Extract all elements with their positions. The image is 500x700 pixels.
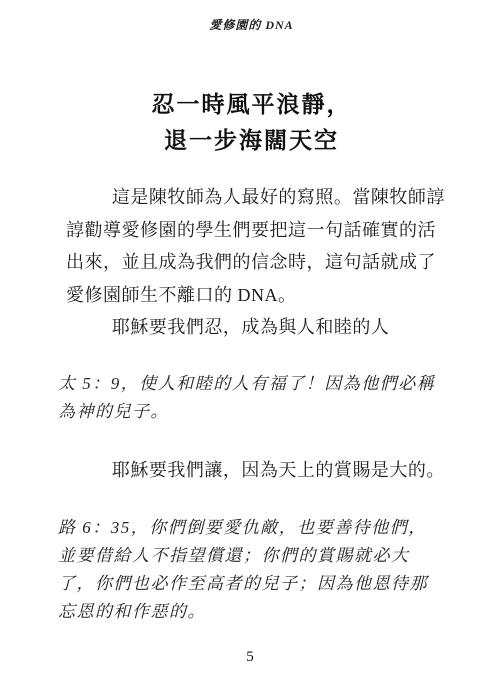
page-content: 愛修園的 DNA 忍一時風平浪靜， 退一步海闊天空 這是陳牧師為人最好的寫照。當… <box>0 0 500 626</box>
intro-paragraph-line-3: 出來，並且成為我們的信念時，這句話就成了 <box>66 246 445 279</box>
chapter-title: 忍一時風平浪靜， 退一步海闊天空 <box>58 87 445 159</box>
chapter-title-line-1: 忍一時風平浪靜， <box>58 87 445 123</box>
intro-paragraph-line-4: 愛修園師生不離口的 DNA。 <box>66 279 445 312</box>
book-page: 愛修園的 DNA 忍一時風平浪靜， 退一步海闊天空 這是陳牧師為人最好的寫照。當… <box>0 0 500 700</box>
scripture1-line-1: 太 5：9，使人和睦的人有福了！因為他們必稱 <box>58 370 445 398</box>
intro-paragraph-line-2: 諄勸導愛修園的學生們要把這一句話確實的活 <box>66 214 445 247</box>
jesus-yield-statement: 耶穌要我們讓，因為天上的賞賜是大的。 <box>66 454 445 487</box>
running-header: 愛修園的 DNA <box>58 0 445 33</box>
scripture-quote-matthew-5-9: 太 5：9，使人和睦的人有福了！因為他們必稱 為神的兒子。 <box>58 370 445 426</box>
page-number: 5 <box>0 649 500 666</box>
scripture-quote-luke-6-35: 路 6：35，你們倒要愛仇敵，也要善待他們， 並要借給人不指望償還；你們的賞賜就… <box>58 514 445 626</box>
intro-paragraph-line-1: 這是陳牧師為人最好的寫照。當陳牧師諄 <box>66 181 445 214</box>
scripture2-line-4: 忘恩的和作惡的。 <box>58 598 445 626</box>
scripture1-line-2: 為神的兒子。 <box>58 398 445 426</box>
scripture2-line-1: 路 6：35，你們倒要愛仇敵，也要善待他們， <box>58 514 445 542</box>
chapter-title-line-2: 退一步海闊天空 <box>58 123 445 159</box>
intro-paragraph: 這是陳牧師為人最好的寫照。當陳牧師諄 諄勸導愛修園的學生們要把這一句話確實的活 … <box>66 181 445 311</box>
scripture2-line-2: 並要借給人不指望償還；你們的賞賜就必大 <box>58 542 445 570</box>
jesus-endure-statement: 耶穌要我們忍，成為與人和睦的人 <box>66 311 445 344</box>
scripture2-line-3: 了，你們也必作至高者的兒子；因為他恩待那 <box>58 570 445 598</box>
